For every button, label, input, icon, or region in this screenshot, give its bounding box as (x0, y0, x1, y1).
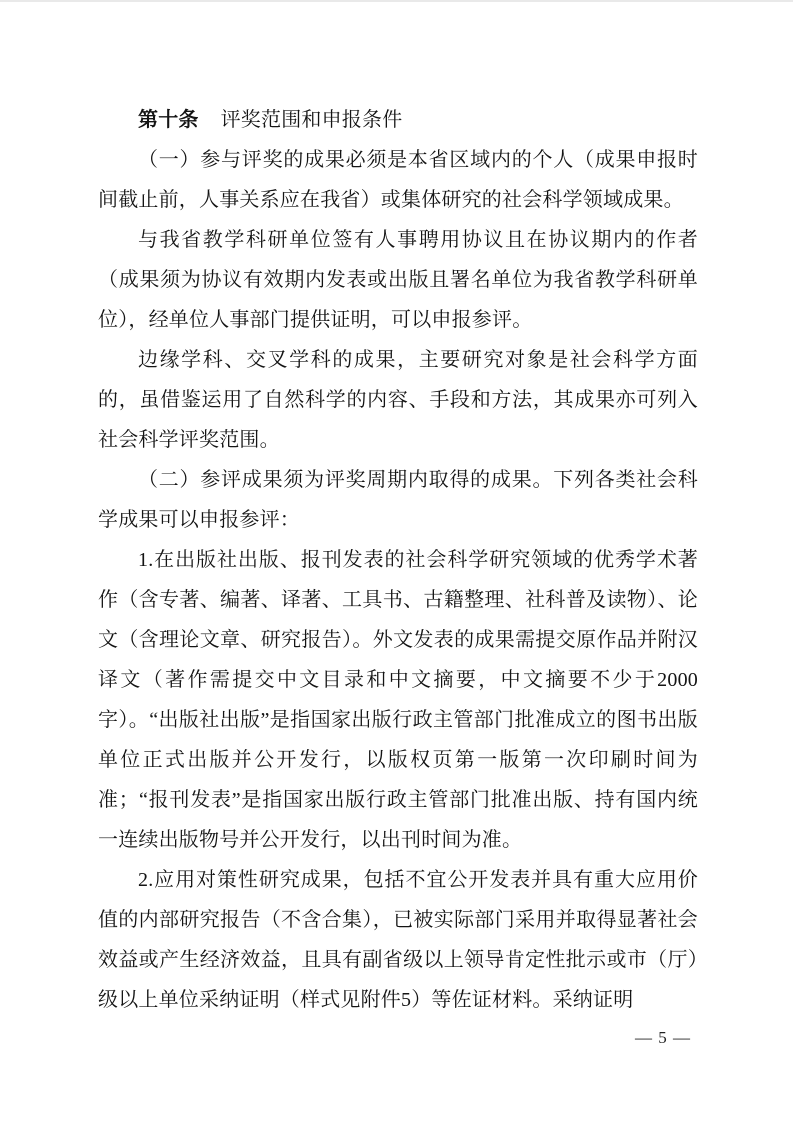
paragraph: 2.应用对策性研究成果，包括不宜公开发表并具有重大应用价值的内部研究报告（不含合… (98, 860, 698, 1020)
paragraph: 与我省教学科研单位签有人事聘用协议且在协议期内的作者（成果须为协议有效期内发表或… (98, 220, 698, 340)
paragraph: 边缘学科、交叉学科的成果，主要研究对象是社会科学方面的，虽借鉴运用了自然科学的内… (98, 340, 698, 460)
paragraph: （一）参与评奖的成果必须是本省区域内的个人（成果申报时间截止前，人事关系应在我省… (98, 140, 698, 220)
article-number: 第十条 (138, 109, 199, 131)
article-heading: 第十条评奖范围和申报条件 (98, 100, 698, 140)
paragraph: （二）参评成果须为评奖周期内取得的成果。下列各类社会科学成果可以申报参评： (98, 460, 698, 540)
paragraph: 1.在出版社出版、报刊发表的社会科学研究领域的优秀学术著作（含专著、编著、译著、… (98, 540, 698, 860)
document-body: 第十条评奖范围和申报条件 （一）参与评奖的成果必须是本省区域内的个人（成果申报时… (98, 100, 698, 1020)
article-title: 评奖范围和申报条件 (221, 109, 403, 131)
document-page: 第十条评奖范围和申报条件 （一）参与评奖的成果必须是本省区域内的个人（成果申报时… (0, 0, 793, 1122)
page-number: — 5 — (635, 1026, 691, 1050)
